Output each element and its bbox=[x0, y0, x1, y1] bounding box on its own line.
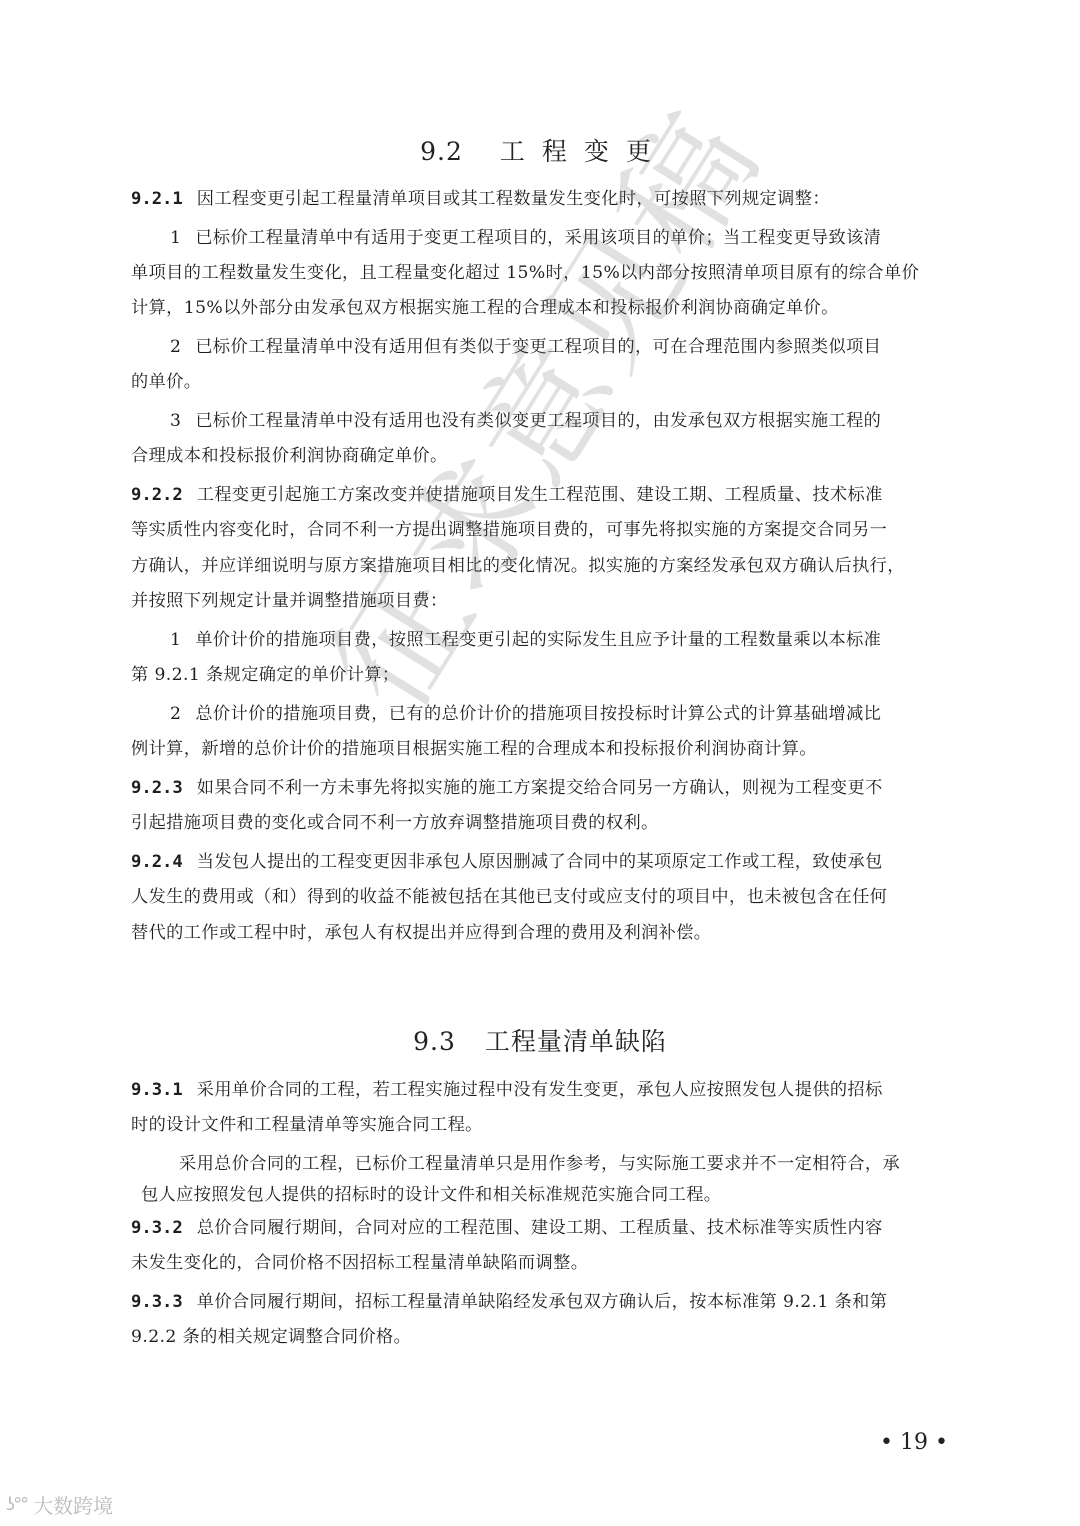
section-title: 工程变更 bbox=[492, 137, 660, 166]
text-line: 人发生的费用或（和）得到的收益不能被包括在其他已支付或应支付的项目中，也未被包含… bbox=[131, 887, 951, 907]
text-line: 未发生变化的，合同价格不因招标工程量清单缺陷而调整。 bbox=[131, 1253, 951, 1273]
clause-9-2-1: 9.2.1因工程变更引起工程量清单项目或其工程数量发生变化时，可按照下列规定调整… bbox=[131, 189, 951, 209]
clause-9-3-1: 9.3.1采用单价合同的工程，若工程实施过程中没有发生变更，承包人应按照发包人提… bbox=[131, 1080, 951, 1100]
logo-text: 大数跨境 bbox=[33, 1490, 113, 1519]
text-line: 合理成本和投标报价利润协商确定单价。 bbox=[131, 446, 951, 466]
text-line: 并按照下列规定计量并调整措施项目费： bbox=[131, 591, 951, 611]
text-line: 计算，15%以外部分由发承包双方根据实施工程的合理成本和投标报价利润协商确定单价… bbox=[131, 298, 951, 318]
list-item: 1单价计价的措施项目费，按照工程变更引起的实际发生且应予计量的工程数量乘以本标准 bbox=[170, 630, 990, 650]
text-line: 第 9.2.1 条规定确定的单价计算； bbox=[131, 665, 951, 685]
section-number: 9.2 bbox=[420, 137, 463, 166]
section-heading-9-3: 9.3 工程量清单缺陷 bbox=[0, 1022, 1080, 1058]
text-line: 包人应按照发包人提供的招标时的设计文件和相关标准规范实施合同工程。 bbox=[141, 1185, 961, 1205]
text-line: 例计算，新增的总价计价的措施项目根据实施工程的合理成本和投标报价利润协商计算。 bbox=[131, 739, 951, 759]
text-line: 9.2.2 条的相关规定调整合同价格。 bbox=[131, 1327, 951, 1347]
text-line: 单项目的工程数量发生变化，且工程量变化超过 15%时，15%以内部分按照清单项目… bbox=[131, 263, 951, 283]
text-line: 引起措施项目费的变化或合同不利一方放弃调整措施项目费的权利。 bbox=[131, 813, 951, 833]
text-line: 的单价。 bbox=[131, 372, 951, 392]
logo-icon: ʖ°° bbox=[6, 1494, 27, 1515]
text-line: 方确认，并应详细说明与原方案措施项目相比的变化情况。拟实施的方案经发承包双方确认… bbox=[131, 556, 951, 576]
list-item: 2已标价工程量清单中没有适用但有类似于变更工程项目的，可在合理范围内参照类似项目 bbox=[170, 337, 990, 357]
text-line: 等实质性内容变化时，合同不利一方提出调整措施项目费的，可事先将拟实施的方案提交合… bbox=[131, 520, 951, 540]
text-line: 采用总价合同的工程，已标价工程量清单只是用作参考，与实际施工要求并不一定相符合，… bbox=[179, 1154, 999, 1174]
document-page: 9.2 工程变更 9.2.1因工程变更引起工程量清单项目或其工程数量发生变化时，… bbox=[0, 0, 1080, 1526]
page-number: • 19 • bbox=[880, 1430, 948, 1455]
text-line: 替代的工作或工程中时，承包人有权提出并应得到合理的费用及利润补偿。 bbox=[131, 923, 951, 943]
section-heading-9-2: 9.2 工程变更 bbox=[0, 132, 1080, 168]
source-logo: ʖ°° 大数跨境 bbox=[6, 1490, 113, 1519]
clause-9-3-2: 9.3.2总价合同履行期间，合同对应的工程范围、建设工期、工程质量、技术标准等实… bbox=[131, 1218, 951, 1238]
list-item: 2总价计价的措施项目费，已有的总价计价的措施项目按投标时计算公式的计算基础增减比 bbox=[170, 704, 990, 724]
section-number: 9.3 bbox=[413, 1027, 456, 1056]
section-title: 工程量清单缺陷 bbox=[485, 1027, 667, 1056]
list-item: 3已标价工程量清单中没有适用也没有类似变更工程项目的，由发承包双方根据实施工程的 bbox=[170, 411, 990, 431]
clause-9-2-2: 9.2.2工程变更引起施工方案改变并使措施项目发生工程范围、建设工期、工程质量、… bbox=[131, 485, 951, 505]
clause-9-2-3: 9.2.3如果合同不利一方未事先将拟实施的施工方案提交给合同另一方确认，则视为工… bbox=[131, 778, 951, 798]
clause-9-2-4: 9.2.4当发包人提出的工程变更因非承包人原因删减了合同中的某项原定工作或工程，… bbox=[131, 852, 951, 872]
text-line: 时的设计文件和工程量清单等实施合同工程。 bbox=[131, 1115, 951, 1135]
list-item: 1已标价工程量清单中有适用于变更工程项目的，采用该项目的单价；当工程变更导致该清 bbox=[170, 228, 990, 248]
clause-9-3-3: 9.3.3单价合同履行期间，招标工程量清单缺陷经发承包双方确认后，按本标准第 9… bbox=[131, 1292, 951, 1312]
